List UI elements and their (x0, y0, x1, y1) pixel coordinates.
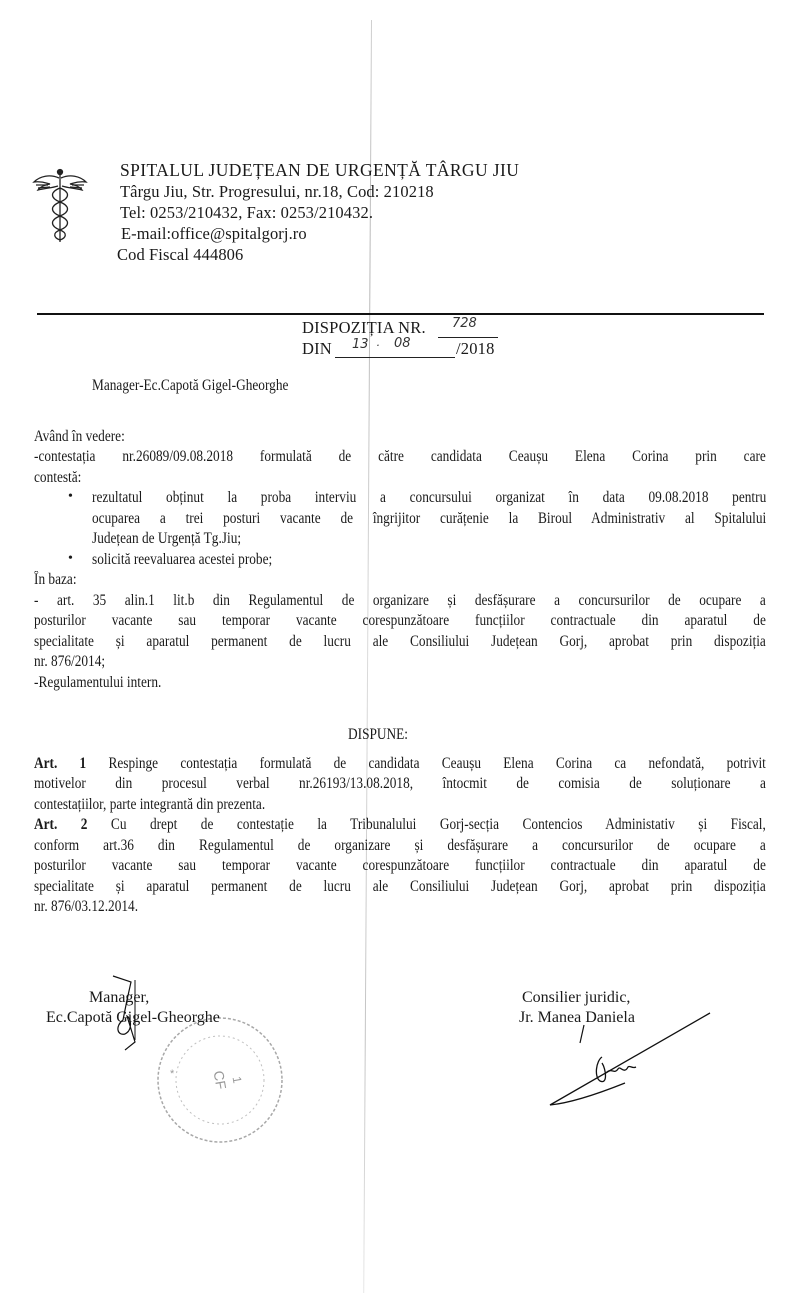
article-2-label: Art. 2 (34, 816, 87, 833)
date-underline (335, 357, 455, 358)
disposition-number: 728 (452, 316, 477, 331)
contestation-line-2: contestă: (34, 469, 81, 487)
basis-line-1: - art. 35 alin.1 lit.b din Regulamentul … (34, 592, 766, 612)
date-separator: · (376, 339, 380, 352)
bullet-2-line-1: solicită reevaluarea acestei probe; (92, 551, 272, 569)
svg-text:1: 1 (230, 1075, 245, 1084)
disposition-day: 13 (352, 337, 369, 352)
contestation-line-1: -contestația nr.26089/09.08.2018 formula… (34, 448, 766, 468)
article-1-label: Art. 1 (34, 755, 86, 772)
institution-email: E-mail:office@spitalgorj.ro (121, 224, 307, 244)
article-1-line-2: motivelor din procesul verbal nr.26193/1… (34, 775, 766, 795)
article-2-line-2: conform art.36 din Regulamentul de organ… (34, 837, 766, 857)
basis-line-5: -Regulamentului intern. (34, 674, 161, 692)
basis-line-4: nr. 876/2014; (34, 653, 105, 671)
svg-text:CF: CF (211, 1069, 230, 1090)
bullet-1-line-2: ocuparea a trei posturi vacante de îngri… (92, 510, 766, 530)
article-2-line-1: Art. 2 Cu drept de contestație la Tribun… (34, 816, 766, 836)
article-2-line-4: specialitate și aparatul permanent de lu… (34, 878, 766, 898)
issuer: Manager-Ec.Capotă Gigel-Gheorghe (92, 377, 288, 395)
institution-fiscal-code: Cod Fiscal 444806 (117, 245, 243, 265)
official-stamp-icon: CF 1 * (140, 1005, 290, 1155)
article-2-line-3: posturilor vacante sau temporar vacante … (34, 857, 766, 877)
basis-line-2: posturilor vacante sau temporar vacante … (34, 612, 766, 632)
svg-text:*: * (170, 1068, 175, 1080)
header-divider (37, 313, 764, 315)
handwritten-signature-icon (105, 970, 155, 1060)
institution-phone-fax: Tel: 0253/210432, Fax: 0253/210432. (120, 203, 373, 223)
disposition-date-label: DIN (302, 339, 332, 359)
article-1-line-1: Art. 1 Respinge contestația formulată de… (34, 755, 766, 775)
decision-heading: DISPUNE: (348, 726, 408, 744)
basis-line-3: specialitate și aparatul permanent de lu… (34, 633, 766, 653)
number-underline (438, 337, 498, 338)
handwritten-signature-icon (540, 1005, 720, 1115)
bullet-1-line-3: Județean de Urgență Tg.Jiu; (92, 530, 241, 548)
disposition-year: /2018 (456, 339, 495, 359)
disposition-title: DISPOZIȚIA NR. (302, 318, 426, 338)
article-1-line-3: contestațiilor, parte integrantă din pre… (34, 796, 265, 814)
basis-heading: În baza: (34, 571, 77, 589)
bullet-1-line-1: rezultatul obținut la proba interviu a c… (92, 489, 766, 509)
institution-name: SPITALUL JUDEȚEAN DE URGENȚĂ TÂRGU JIU (120, 160, 519, 181)
disposition-month: 08 (394, 336, 411, 351)
bullet-dot: • (68, 489, 73, 505)
bullet-dot: • (68, 551, 73, 567)
considering-heading: Având în vedere: (34, 428, 125, 446)
institution-address: Târgu Jiu, Str. Progresului, nr.18, Cod:… (120, 182, 434, 202)
caduceus-icon (32, 166, 88, 244)
article-2-line-5: nr. 876/03.12.2014. (34, 898, 138, 916)
